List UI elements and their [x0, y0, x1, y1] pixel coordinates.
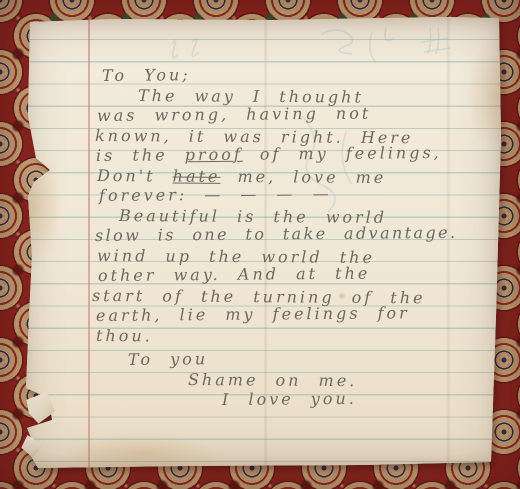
letter-paper: To You;The way I thoughtwas wrong, havin… [22, 16, 504, 468]
letter-line: I love you. [222, 388, 502, 410]
letter-line: earth, lie my feelings for [96, 302, 502, 326]
letter-text: Don't [97, 166, 173, 186]
letter-word-underline: proof [185, 145, 243, 165]
letter-line: slow is one to take advantage. [95, 222, 502, 246]
letter-line: forever: — — — — [99, 182, 502, 206]
letter-text: I love you. [222, 389, 357, 409]
letter-text: earth, lie my feelings for [96, 303, 410, 325]
letter-text: thou. [96, 326, 153, 345]
letter-line: is the proof of my feelings, [96, 142, 502, 166]
letter-line: thou. [96, 326, 502, 349]
photo-of-handwritten-letter: To You;The way I thoughtwas wrong, havin… [0, 0, 520, 489]
notebook-margin-line [88, 16, 90, 468]
letter-text: Shame on me. [188, 370, 357, 390]
letter-text: To you [128, 349, 208, 369]
letter-line: was wrong, having not [97, 102, 502, 126]
letter-text: was wrong, having not [97, 104, 371, 125]
letter-text: To You; [102, 65, 191, 85]
letter-line: To you [128, 347, 502, 370]
letter-line: To You; [102, 63, 502, 86]
letter-text: slow is one to take advantage. [95, 223, 458, 245]
letter-word-strike: hate [173, 167, 221, 186]
letter-paper-wrap: To You;The way I thoughtwas wrong, havin… [22, 16, 504, 468]
letter-text: is the [96, 145, 185, 165]
letter-text: other way. And at the [98, 264, 370, 285]
letter-text: of my feelings, [243, 143, 442, 164]
letter-line: other way. And at the [98, 262, 502, 286]
letter-lines: To You;The way I thoughtwas wrong, havin… [92, 66, 502, 410]
letter-text: forever: — — — — [99, 184, 332, 205]
